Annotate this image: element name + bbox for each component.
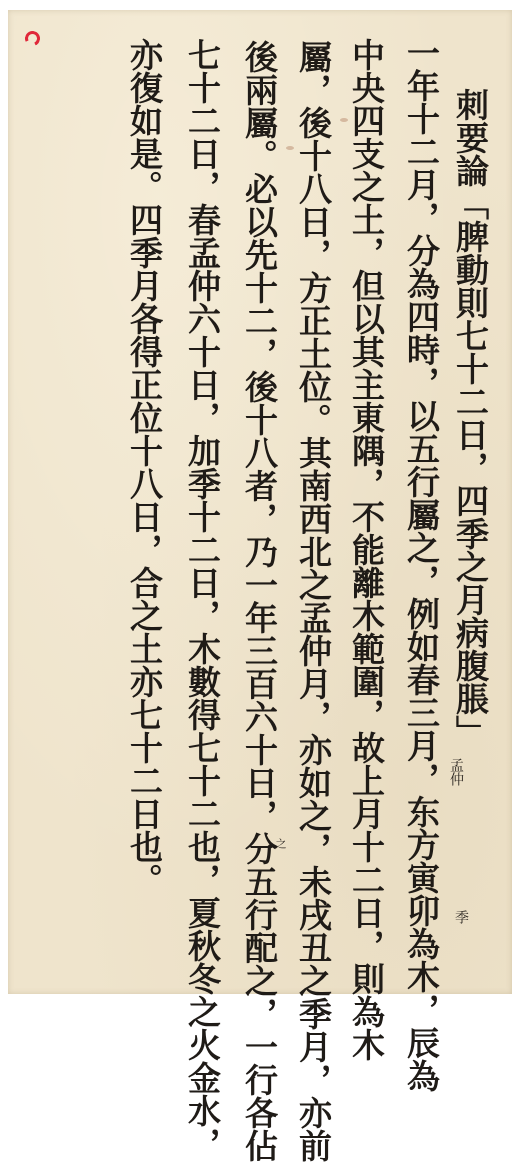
text-column-5: 後兩屬。必以先十二，後十八者，乃一年三百六十日，分五行配之，一行各佔: [243, 40, 276, 1000]
text-column-3: 中央四支之土，但以其主東隅，不能離木範圍，故上月十二日，則為木: [350, 38, 383, 1000]
text-column-4: 屬，後十八日，方正土位。其南西北之孟仲月，亦如之，未戌丑之季月，亦前: [297, 40, 330, 1000]
margin-annotation-zhi: 之: [275, 838, 286, 849]
red-seal-mark: [23, 29, 42, 48]
paper-stain: [286, 146, 294, 150]
manuscript-page: 刺要論「脾動則七十二日，四季之月病腹脹」 一年十二月，分為四時，以五行屬之，例如…: [8, 10, 512, 994]
text-column-7: 亦復如是。四季月各得正位十八日，合之土亦七十二日也。: [128, 38, 161, 896]
text-column-2: 一年十二月，分為四時，以五行屬之，例如春三月，东方寅卯為木，辰為: [405, 36, 438, 1000]
text-column-6: 七十二日，春孟仲六十日，加季十二日，木數得七十二也，夏秋冬之火金水，: [186, 38, 219, 1000]
margin-annotation-mengzhong: 孟仲: [449, 758, 463, 786]
text-column-1: 刺要論「脾動則七十二日，四季之月病腹脹」: [454, 88, 487, 748]
margin-annotation-ji: 季: [454, 910, 468, 924]
